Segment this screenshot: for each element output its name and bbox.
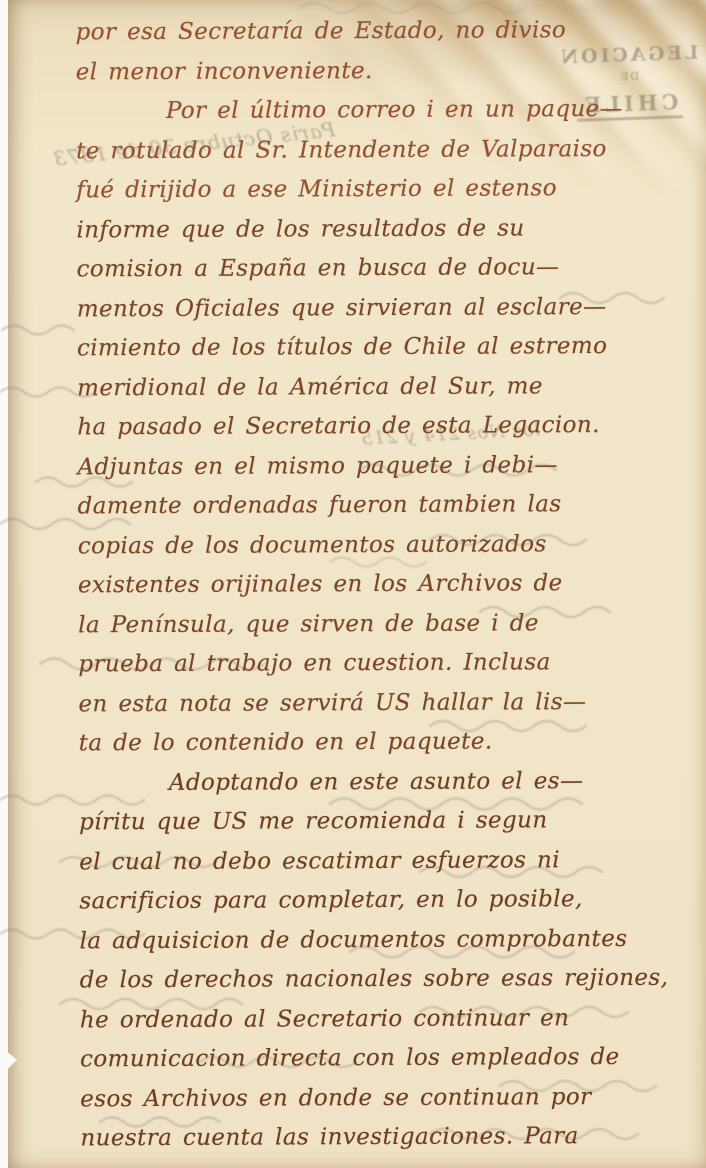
- manuscript-line-paragraph-start: Por el último correo i en un paque—: [76, 90, 684, 132]
- manuscript-line: damente ordenadas fueron tambien las: [78, 485, 686, 527]
- manuscript-line: esos Archivos en donde se continuan por: [80, 1077, 688, 1119]
- manuscript-line: Adjuntas en el mismo paquete i debi—: [77, 445, 685, 487]
- manuscript-line: meridional de la América del Sur, me: [77, 366, 685, 408]
- manuscript-line: existentes orijinales en los Archivos de: [78, 564, 686, 606]
- manuscript-line: cimiento de los títulos de Chile al estr…: [77, 327, 685, 369]
- manuscript-line: ta de lo contenido en el paquete.: [79, 722, 687, 764]
- manuscript-line-paragraph-start: Adoptando en este asunto el es—: [79, 761, 687, 803]
- manuscript-line: comision a España en busca de docu—: [77, 248, 685, 290]
- manuscript-line: he ordenado al Secretario continuar en: [80, 998, 688, 1040]
- manuscript-line: el cual no debo escatimar esfuerzos ni: [79, 840, 687, 882]
- manuscript-line: te rotulado al Sr. Intendente de Valpara…: [76, 129, 684, 171]
- scanned-manuscript-page: { "document": { "kind": "handwritten let…: [0, 0, 706, 1168]
- manuscript-line: la Península, que sirven de base i de: [78, 603, 686, 645]
- manuscript-line: ha pasado el Secretario de esta Legacion…: [77, 406, 685, 448]
- manuscript-line: mentos Oficiales que sirvieran al esclar…: [77, 287, 685, 329]
- manuscript-line: nuestra cuenta las investigaciones. Para: [80, 1117, 688, 1159]
- manuscript-line: prueba al trabajo en cuestion. Inclusa: [78, 643, 686, 685]
- manuscript-line: la adquisicion de documentos comprobante…: [79, 919, 687, 961]
- manuscript-text-block: por esa Secretaría de Estado, no diviso …: [76, 11, 689, 1159]
- manuscript-line: informe que de los resultados de su: [76, 208, 684, 250]
- manuscript-line: sacrificios para completar, en lo posibl…: [79, 880, 687, 922]
- manuscript-line: el menor inconveniente.: [76, 50, 684, 92]
- manuscript-line: comunicacion directa con los empleados d…: [80, 1038, 688, 1080]
- manuscript-line: por esa Secretaría de Estado, no diviso: [76, 11, 684, 53]
- manuscript-line: píritu que US me recomienda i segun: [79, 801, 687, 843]
- manuscript-line: fué dirijido a ese Ministerio el estenso: [76, 169, 684, 211]
- manuscript-line: copias de los documentos autorizados: [78, 524, 686, 566]
- manuscript-line: en esta nota se servirá US hallar la lis…: [78, 682, 686, 724]
- manuscript-line: de los derechos nacionales sobre esas re…: [80, 959, 688, 1001]
